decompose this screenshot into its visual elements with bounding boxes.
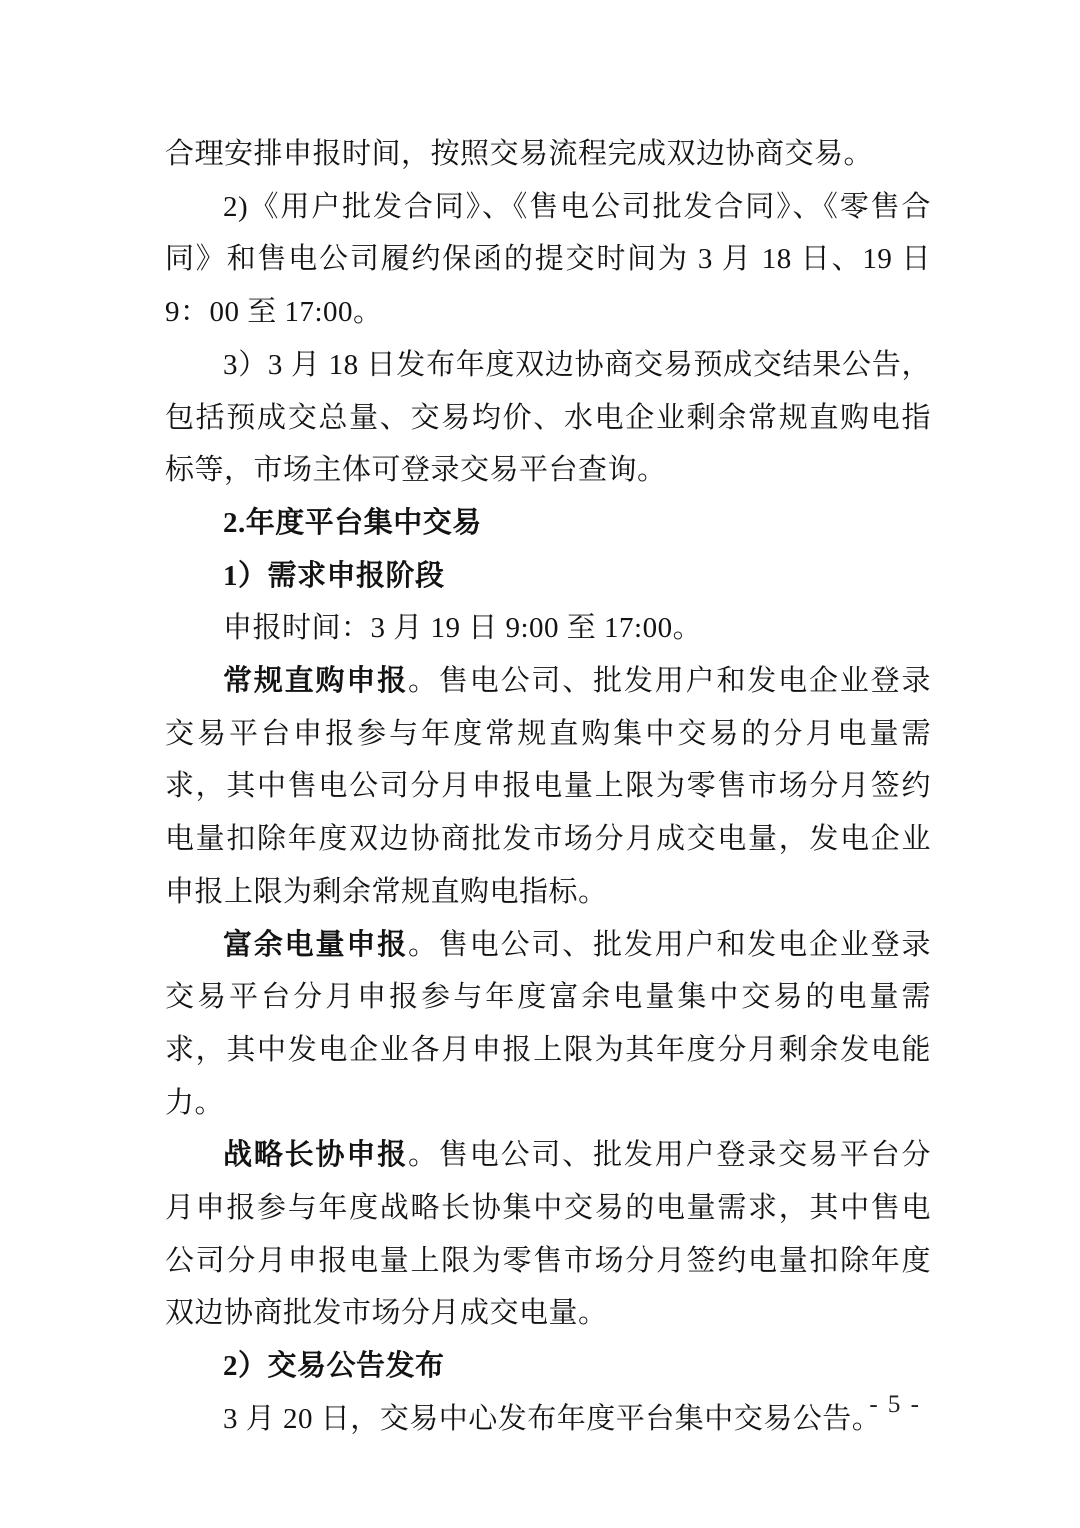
paragraph-bold-lead: 富余电量申报 [223, 929, 408, 961]
paragraph: 常规直购申报。售电公司、批发用户和发电企业登录交易平台申报参与年度常规直购集中交… [165, 655, 931, 919]
paragraph: 合理安排申报时间，按照交易流程完成双边协商交易。 [165, 128, 931, 181]
paragraph: 2)《用户批发合同》、《售电公司批发合同》、《零售合同》和售电公司履约保函的提交… [165, 181, 931, 339]
paragraph-bold-lead: 常规直购申报 [223, 665, 408, 697]
page-footer: - 5 - [165, 1390, 931, 1420]
paragraph: 3）3 月 18 日发布年度双边协商交易预成交结果公告，包括预成交总量、交易均价… [165, 339, 931, 497]
paragraph-bold-lead: 战略长协申报 [223, 1139, 408, 1171]
paragraph: 富余电量申报。售电公司、批发用户和发电企业登录交易平台分月申报参与年度富余电量集… [165, 919, 931, 1130]
document-page: 合理安排申报时间，按照交易流程完成双边协商交易。2)《用户批发合同》、《售电公司… [0, 0, 1080, 1528]
section-heading: 2.年度平台集中交易 [165, 497, 931, 550]
section-heading: 1）需求申报阶段 [165, 550, 931, 603]
section-heading: 2）交易公告发布 [165, 1340, 931, 1393]
page-number: - 5 - [869, 1391, 921, 1418]
paragraph: 申报时间：3 月 19 日 9:00 至 17:00。 [165, 602, 931, 655]
paragraph: 战略长协申报。售电公司、批发用户登录交易平台分月申报参与年度战略长协集中交易的电… [165, 1129, 931, 1340]
document-body: 合理安排申报时间，按照交易流程完成双边协商交易。2)《用户批发合同》、《售电公司… [165, 128, 931, 1446]
